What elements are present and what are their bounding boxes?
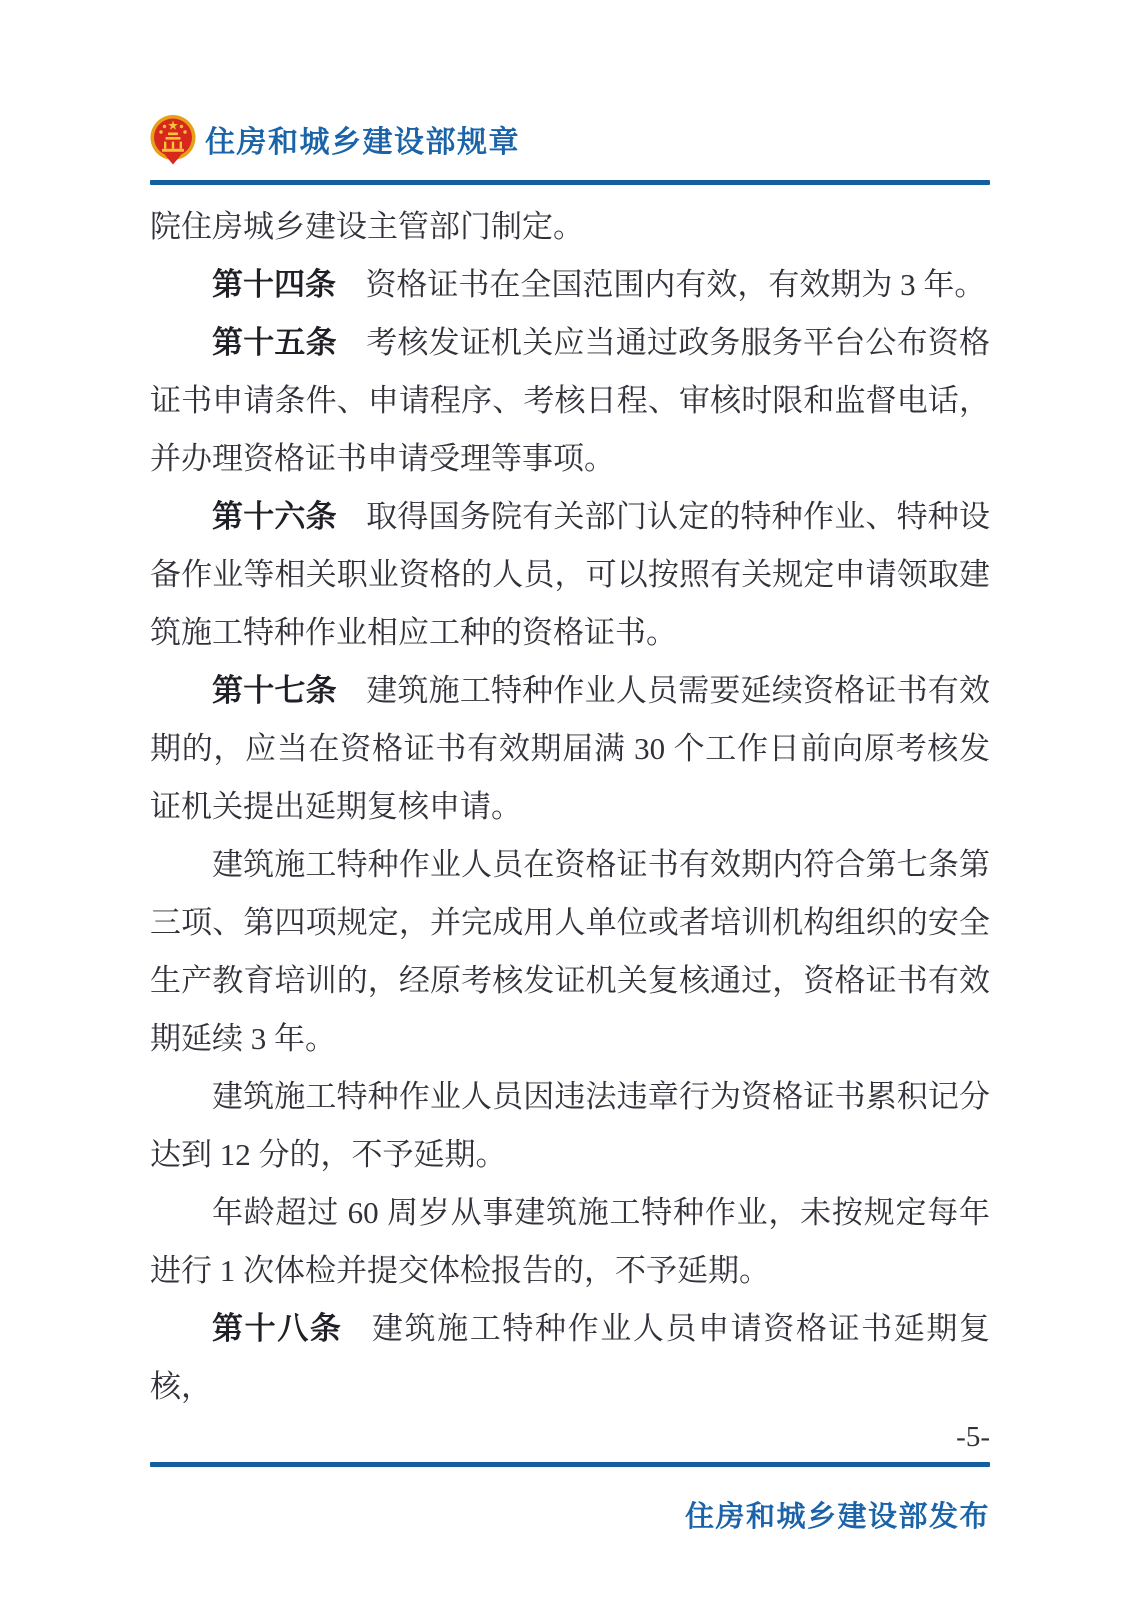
document-footer: 住房和城乡建设部发布 (150, 1462, 990, 1535)
china-national-emblem-icon (150, 114, 196, 165)
paragraph-text: 建筑施工特种作业人员在资格证书有效期内符合第七条第三项、第四项规定，并完成用人单… (150, 847, 990, 1056)
document-page: 住房和城乡建设部规章 院住房城乡建设主管部门制定。 第十四条资格证书在全国范围内… (0, 0, 1131, 1600)
footer-rule (150, 1462, 990, 1467)
paragraph-text: 建筑施工特种作业人员因违法违章行为资格证书累积记分达到 12 分的，不予延期。 (150, 1079, 990, 1172)
paragraph-text: 资格证书在全国范围内有效，有效期为 3 年。 (365, 267, 985, 302)
paragraph: 建筑施工特种作业人员因违法违章行为资格证书累积记分达到 12 分的，不予延期。 (150, 1068, 990, 1184)
paragraph: 第十六条取得国务院有关部门认定的特种作业、特种设备作业等相关职业资格的人员，可以… (150, 488, 990, 662)
paragraph: 建筑施工特种作业人员在资格证书有效期内符合第七条第三项、第四项规定，并完成用人单… (150, 836, 990, 1068)
paragraph: 第十七条建筑施工特种作业人员需要延续资格证书有效期的，应当在资格证书有效期届满 … (150, 662, 990, 836)
page-number: -5- (150, 1416, 990, 1458)
header-rule (150, 180, 990, 185)
header-title: 住房和城乡建设部规章 (205, 117, 520, 161)
document-header: 住房和城乡建设部规章 (150, 112, 990, 185)
publisher-label: 住房和城乡建设部发布 (150, 1494, 990, 1535)
paragraph: 年龄超过 60 周岁从事建筑施工特种作业，未按规定每年进行 1 次体检并提交体检… (150, 1184, 990, 1300)
paragraph-text: 院住房城乡建设主管部门制定。 (150, 209, 584, 244)
article-number: 第十六条 (212, 499, 337, 534)
paragraph: 第十五条考核发证机关应当通过政务服务平台公布资格证书申请条件、申请程序、考核日程… (150, 314, 990, 488)
article-number: 第十八条 (212, 1311, 342, 1346)
paragraph: 院住房城乡建设主管部门制定。 (150, 198, 990, 256)
paragraph: 第十四条资格证书在全国范围内有效，有效期为 3 年。 (150, 256, 990, 314)
article-number: 第十七条 (212, 673, 337, 708)
article-number: 第十四条 (212, 267, 336, 302)
article-number: 第十五条 (212, 325, 337, 360)
header-row: 住房和城乡建设部规章 (150, 112, 990, 166)
paragraph: 第十八条建筑施工特种作业人员申请资格证书延期复核， (150, 1300, 990, 1416)
document-body: 院住房城乡建设主管部门制定。 第十四条资格证书在全国范围内有效，有效期为 3 年… (150, 198, 990, 1458)
paragraph-text: 年龄超过 60 周岁从事建筑施工特种作业，未按规定每年进行 1 次体检并提交体检… (150, 1195, 990, 1288)
